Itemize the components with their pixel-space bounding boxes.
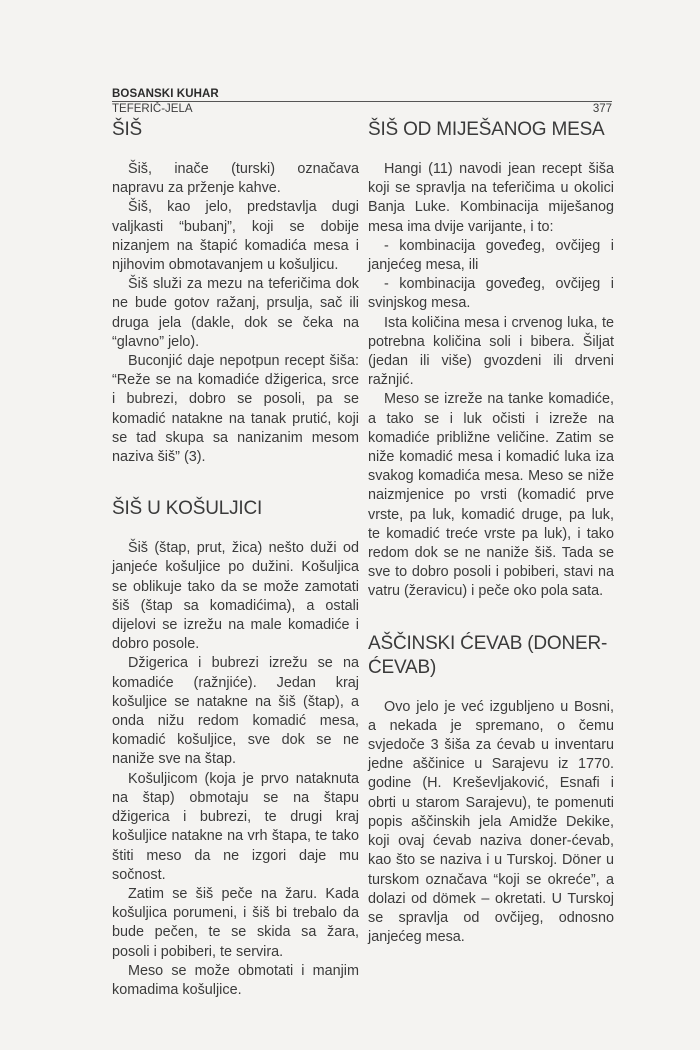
paragraph: Ista količina mesa i crvenog luka, te po… xyxy=(368,314,614,391)
paragraph: Šiš služi za mezu na teferičima dok ne b… xyxy=(112,275,359,352)
list-item: - kombinacija goveđeg, ovčijeg i janjeće… xyxy=(368,237,614,275)
paragraph: Šiš (štap, prut, žica) nešto duži od jan… xyxy=(112,539,359,654)
paragraph: Košuljicom (koja je prvo nataknuta na št… xyxy=(112,770,359,885)
running-head: BOSANSKI KUHAR TEFERIČ-JELA 377 xyxy=(112,88,612,116)
running-head-line: TEFERIČ-JELA 377 xyxy=(112,102,612,116)
paragraph: Hangi (11) navodi jean recept šiša koji … xyxy=(368,160,614,237)
left-column: ŠIŠ Šiš, inače (turski) označava napravu… xyxy=(112,118,359,1000)
paragraph: Buconjić daje nepotpun recept šiša: “Rež… xyxy=(112,352,359,467)
book-title: BOSANSKI KUHAR xyxy=(112,88,612,101)
page-number: 377 xyxy=(593,102,612,116)
chapter-title: TEFERIČ-JELA xyxy=(112,102,193,116)
paragraph: Meso se izreže na tanke komadiće, a tako… xyxy=(368,390,614,601)
paragraph: Džigerica i bubrezi izrežu se na komadić… xyxy=(112,654,359,769)
paragraph: Meso se može obmotati i manjim komadima … xyxy=(112,962,359,1000)
right-column: ŠIŠ OD MIJEŠANOG MESA Hangi (11) navodi … xyxy=(368,118,614,947)
section-heading-ascinski-cevab: AŠČINSKI ĆEVAB (DONER-ĆEVAB) xyxy=(368,632,614,680)
paragraph: Šiš, kao jelo, predstavlja dugi valjkast… xyxy=(112,198,359,275)
section-heading-sis: ŠIŠ xyxy=(112,118,359,142)
paragraph: Zatim se šiš peče na žaru. Kada košuljic… xyxy=(112,885,359,962)
section-heading-sis-od-mijesanog-mesa: ŠIŠ OD MIJEŠANOG MESA xyxy=(368,118,614,142)
paragraph: Ovo jelo je već izgubljeno u Bosni, a ne… xyxy=(368,698,614,948)
book-page: BOSANSKI KUHAR TEFERIČ-JELA 377 ŠIŠ Šiš,… xyxy=(0,0,700,1050)
list-item: - kombinacija goveđeg, ovčijeg i svinjsk… xyxy=(368,275,614,313)
section-heading-sis-u-kosuljici: ŠIŠ U KOŠULJICI xyxy=(112,497,359,521)
paragraph: Šiš, inače (turski) označava napravu za … xyxy=(112,160,359,198)
